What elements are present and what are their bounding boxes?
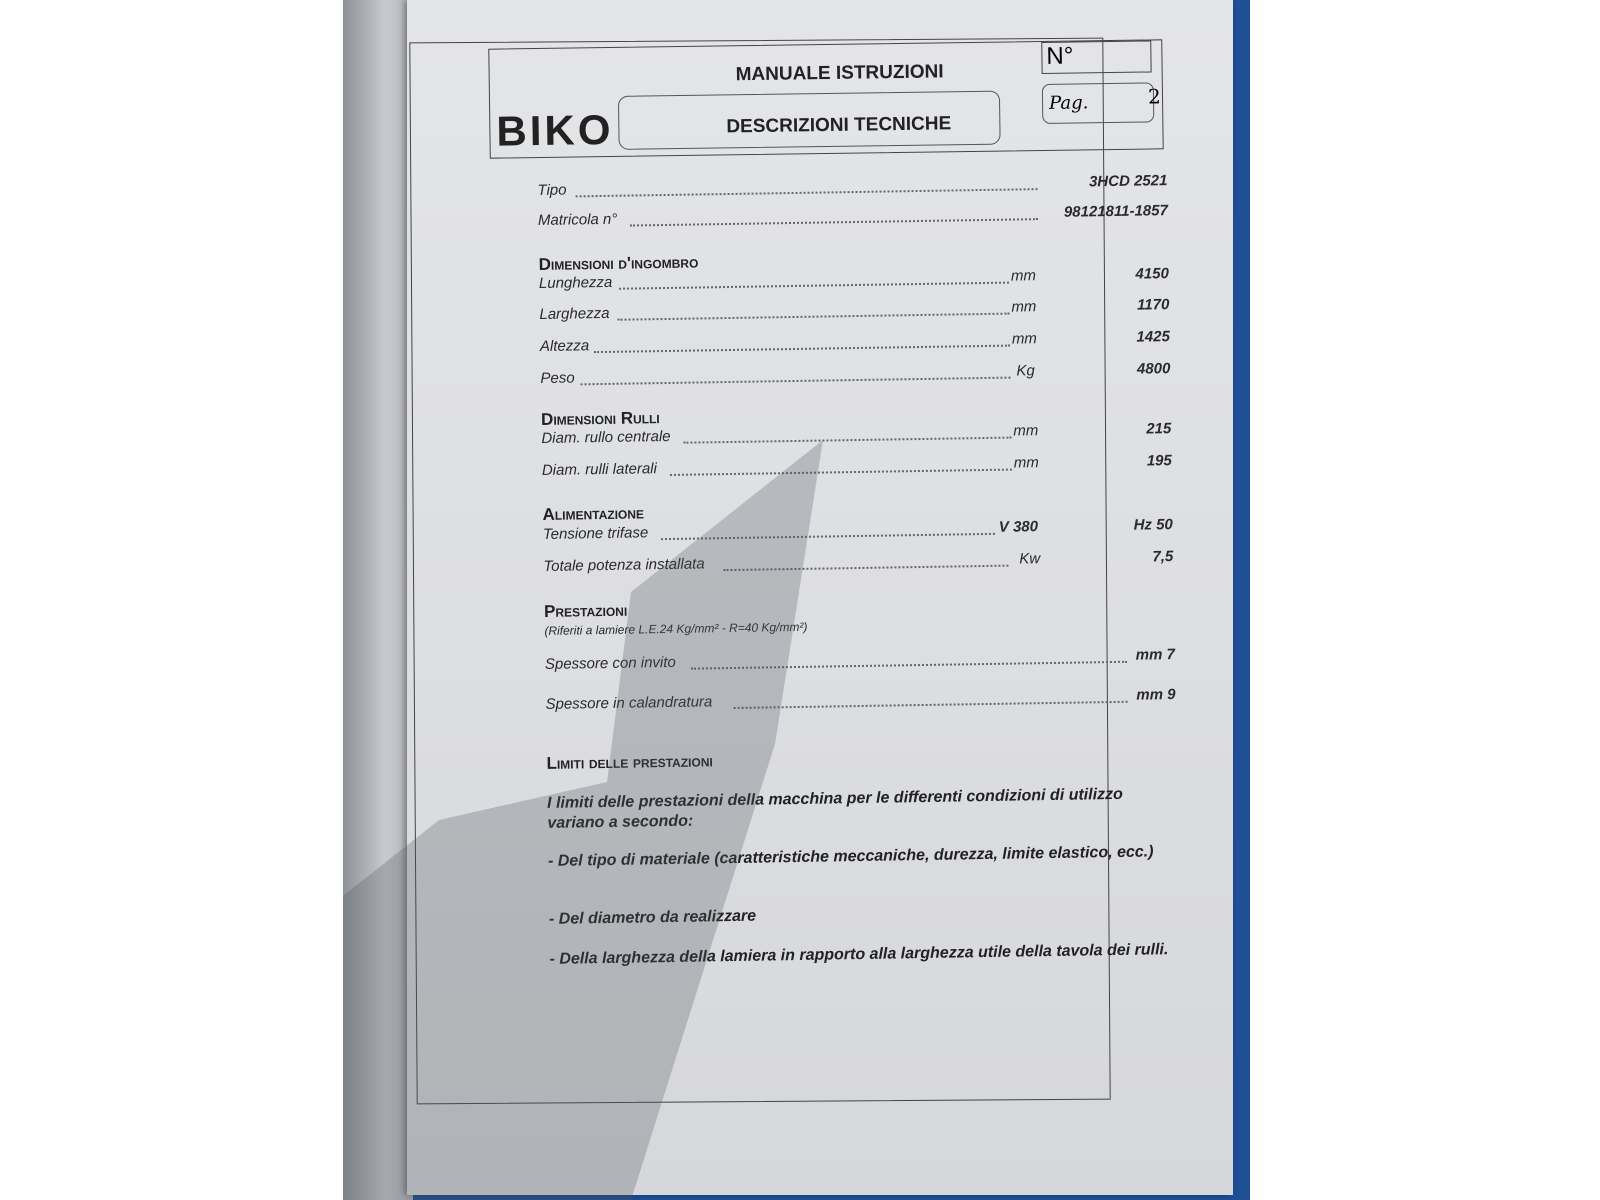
header-box: BIKO MANUALE ISTRUZIONI DESCRIZIONI TECN…: [488, 39, 1163, 158]
manual-title: MANUALE ISTRUZIONI: [736, 61, 944, 86]
page-box: Pag.: [1042, 82, 1155, 124]
section-title: Dimensioni Rulli: [541, 408, 660, 430]
manual-subtitle: DESCRIZIONI TECNICHE: [726, 113, 951, 138]
brand-logo: BIKO: [496, 106, 614, 156]
photo: BIKO MANUALE ISTRUZIONI DESCRIZIONI TECN…: [343, 0, 1250, 1200]
section-title: Prestazioni: [544, 601, 627, 622]
page-number: 2: [1148, 84, 1161, 108]
section-title: Alimentazione: [542, 503, 644, 525]
section-title: Dimensioni d'ingombro: [538, 252, 698, 275]
number-box: N°: [1041, 40, 1151, 74]
